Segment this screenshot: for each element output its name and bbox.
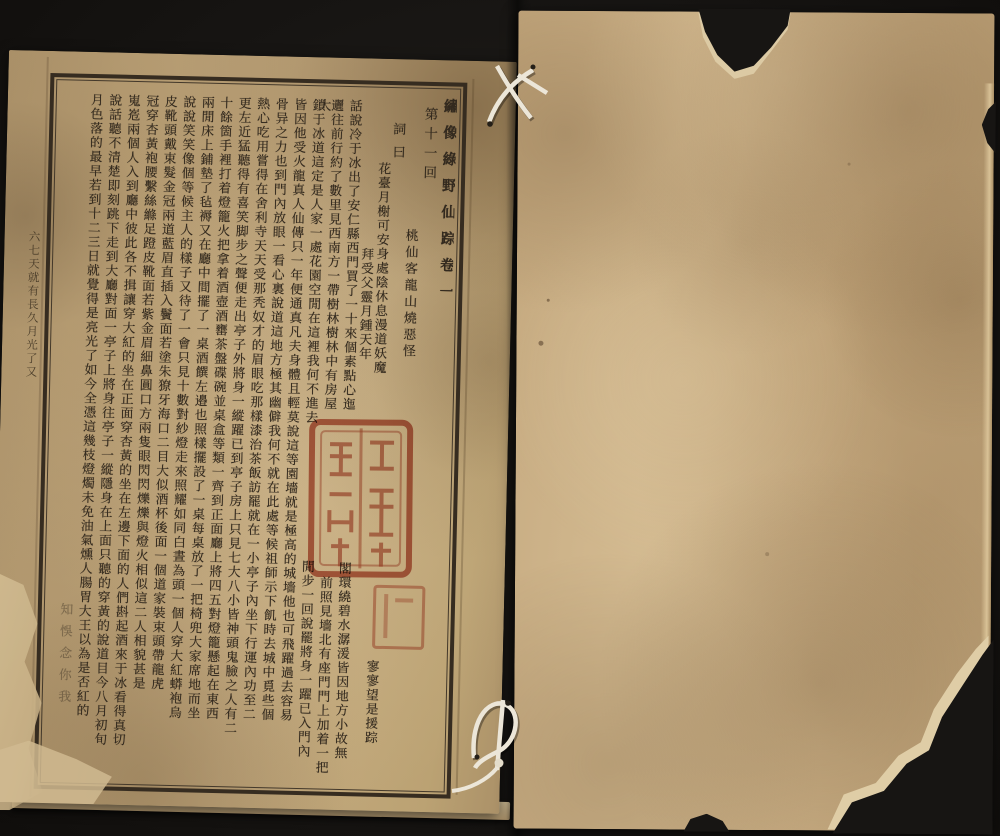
worm-hole <box>538 341 543 346</box>
column-segment: 第十一回 <box>421 107 438 185</box>
column-segment: 拜受父靈月鍾天年 <box>357 247 374 361</box>
foxing-spot <box>848 163 851 166</box>
collector-seal-icon <box>307 418 415 579</box>
column-segment: 知悞念你我 <box>56 602 73 711</box>
worm-hole <box>547 299 550 302</box>
right-page <box>514 11 995 832</box>
foxing-spot <box>765 552 769 556</box>
column-segment: 桃仙客龍山燒惡怪 <box>401 228 419 360</box>
torn-nick-bottom <box>683 814 729 832</box>
text-frame: 繡像綠野仙踪卷一第十一回桃仙客龍山燒惡怪詞曰花臺月榭可安身處陰休息漫道妖魔寥寥望… <box>34 73 468 799</box>
column-segment: 寥寥望是援踪 <box>363 660 379 746</box>
faint-seal-icon <box>372 585 425 650</box>
torn-corner-bottom-right <box>832 638 993 834</box>
torn-nick-right-edge <box>982 101 996 153</box>
column-segment: 詞曰 <box>390 122 406 168</box>
left-page: 六七天就有長久月光了又 繡像綠野仙踪卷一第十一回桃仙客龍山燒惡怪詞曰花臺月榭可安… <box>0 50 517 814</box>
torn-notch-top <box>696 9 792 76</box>
